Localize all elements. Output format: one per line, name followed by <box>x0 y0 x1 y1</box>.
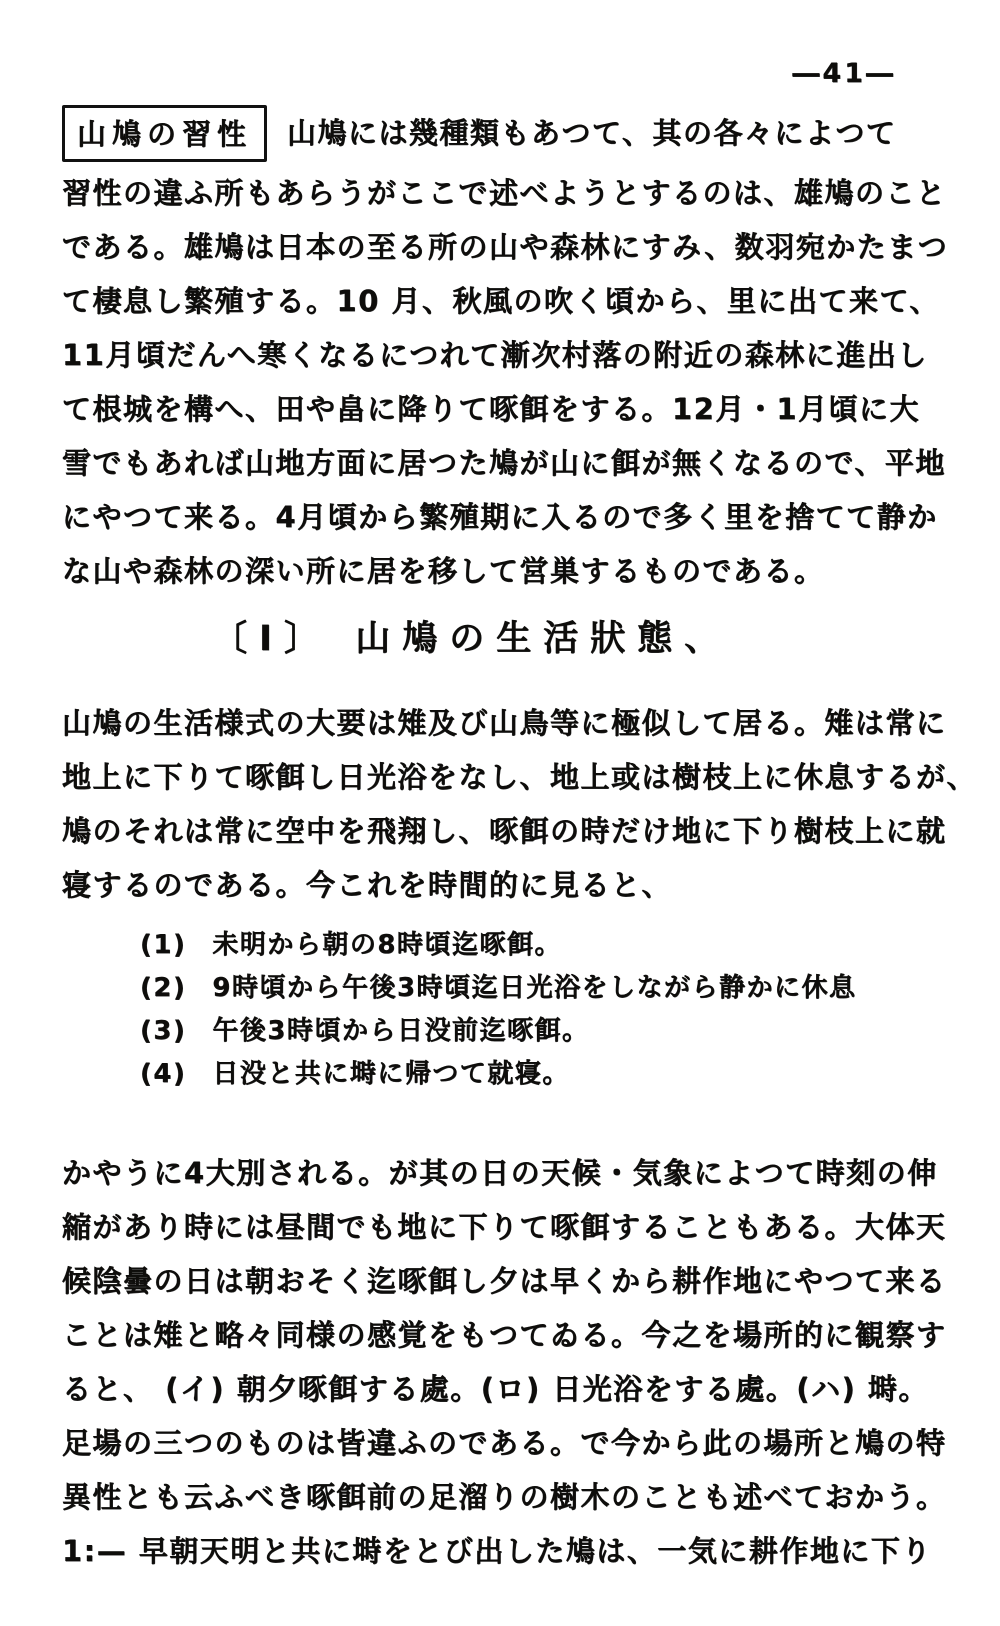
list-item-text: 未明から朝の8時頃迄啄餌。 <box>212 924 562 967</box>
page-number: ―41― <box>792 58 896 89</box>
text-line: にやつて来る。4月頃から繁殖期に入るので多く里を捨てて静か <box>62 490 954 544</box>
text-line: 異性とも云ふべき啄餌前の足溜りの樹木のことも述べておかう。 <box>62 1470 954 1524</box>
text-line: 鳩のそれは常に空中を飛翔し、啄餌の時だけ地に下り樹枝上に就 <box>62 804 954 858</box>
list-item: (4) 日没と共に塒に帰つて就寝。 <box>140 1053 954 1096</box>
list-item-number: (2) <box>140 967 186 1010</box>
list-item: (1) 未明から朝の8時頃迄啄餌。 <box>140 924 954 967</box>
list-item-text: 9時頃から午後3時頃迄日光浴をしながら静かに休息 <box>212 967 856 1010</box>
list-item: (2) 9時頃から午後3時頃迄日光浴をしながら静かに休息 <box>140 967 954 1010</box>
paragraph-1-first-row: 山鳩の習性 山鳩には幾種類もあつて、其の各々によつて <box>62 104 954 162</box>
text-line: 足場の三つのものは皆違ふのである。で今から此の場所と鳩の特 <box>62 1416 954 1470</box>
text-line: て棲息し繁殖する。10 月、秋風の吹く頃から、里に出て来て、 <box>62 274 954 328</box>
paragraph-1: 習性の違ふ所もあらうがここで述べようとするのは、雄鳩のこと である。雄鳩は日本の… <box>62 166 954 598</box>
page-content: 山鳩の習性 山鳩には幾種類もあつて、其の各々によつて 習性の違ふ所もあらうがここ… <box>0 104 1000 1578</box>
paragraph-2: 山鳩の生活様式の大要は雉及び山鳥等に極似して居る。雉は常に 地上に下りて啄餌し日… <box>62 696 954 912</box>
text-line: 雪でもあれば山地方面に居つた鳩が山に餌が無くなるので、平地 <box>62 436 954 490</box>
text-line: 寝するのである。今これを時間的に見ると、 <box>62 858 954 912</box>
text-line: である。雄鳩は日本の至る所の山や森林にすみ、数羽宛かたまつ <box>62 220 954 274</box>
list-item-number: (4) <box>140 1053 186 1096</box>
daily-schedule-list: (1) 未明から朝の8時頃迄啄餌。 (2) 9時頃から午後3時頃迄日光浴をしなが… <box>140 924 954 1096</box>
text-line: 地上に下りて啄餌し日光浴をなし、地上或は樹枝上に休息するが、 <box>62 750 954 804</box>
text-line: 11月頃だんへ寒くなるにつれて漸次村落の附近の森林に進出し <box>62 328 954 382</box>
text-line: 山鳩には幾種類もあつて、其の各々によつて <box>287 106 896 160</box>
section-title-box: 山鳩の習性 <box>62 105 267 162</box>
text-line: 縮があり時には昼間でも地に下りて啄餌することもある。大体天 <box>62 1200 954 1254</box>
list-item-text: 日没と共に塒に帰つて就寝。 <box>212 1053 570 1096</box>
text-line: 候陰曇の日は朝おそく迄啄餌し夕は早くから耕作地にやつて来る <box>62 1254 954 1308</box>
text-line: 山鳩の生活様式の大要は雉及び山鳥等に極似して居る。雉は常に <box>62 696 954 750</box>
text-line: ると、 (イ) 朝夕啄餌する處。(ロ) 日光浴をする處。(ハ) 塒。 <box>62 1362 954 1416</box>
text-line: ことは雉と略々同様の感覚をもつてゐる。今之を場所的に観察す <box>62 1308 954 1362</box>
list-item: (3) 午後3時頃から日没前迄啄餌。 <box>140 1010 954 1053</box>
scanned-document-page: ―41― 山鳩の習性 山鳩には幾種類もあつて、其の各々によつて 習性の違ふ所もあ… <box>0 0 1000 1626</box>
paragraph-3: かやうに4大別される。が其の日の天候・気象によつて時刻の伸 縮があり時には昼間で… <box>62 1146 954 1578</box>
list-item-number: (1) <box>140 924 186 967</box>
text-line: かやうに4大別される。が其の日の天候・気象によつて時刻の伸 <box>62 1146 954 1200</box>
list-item-text: 午後3時頃から日没前迄啄餌。 <box>212 1010 589 1053</box>
text-line: な山や森林の深い所に居を移して営巣するものである。 <box>62 544 954 598</box>
section-heading: 〔I〕 山鳩の生活狀態、 <box>212 614 954 664</box>
text-line: て根城を構へ、田や畠に降りて啄餌をする。12月・1月頃に大 <box>62 382 954 436</box>
text-line: 1:— 早朝天明と共に塒をとび出した鳩は、一気に耕作地に下り <box>62 1524 954 1578</box>
list-item-number: (3) <box>140 1010 186 1053</box>
text-line: 習性の違ふ所もあらうがここで述べようとするのは、雄鳩のこと <box>62 166 954 220</box>
